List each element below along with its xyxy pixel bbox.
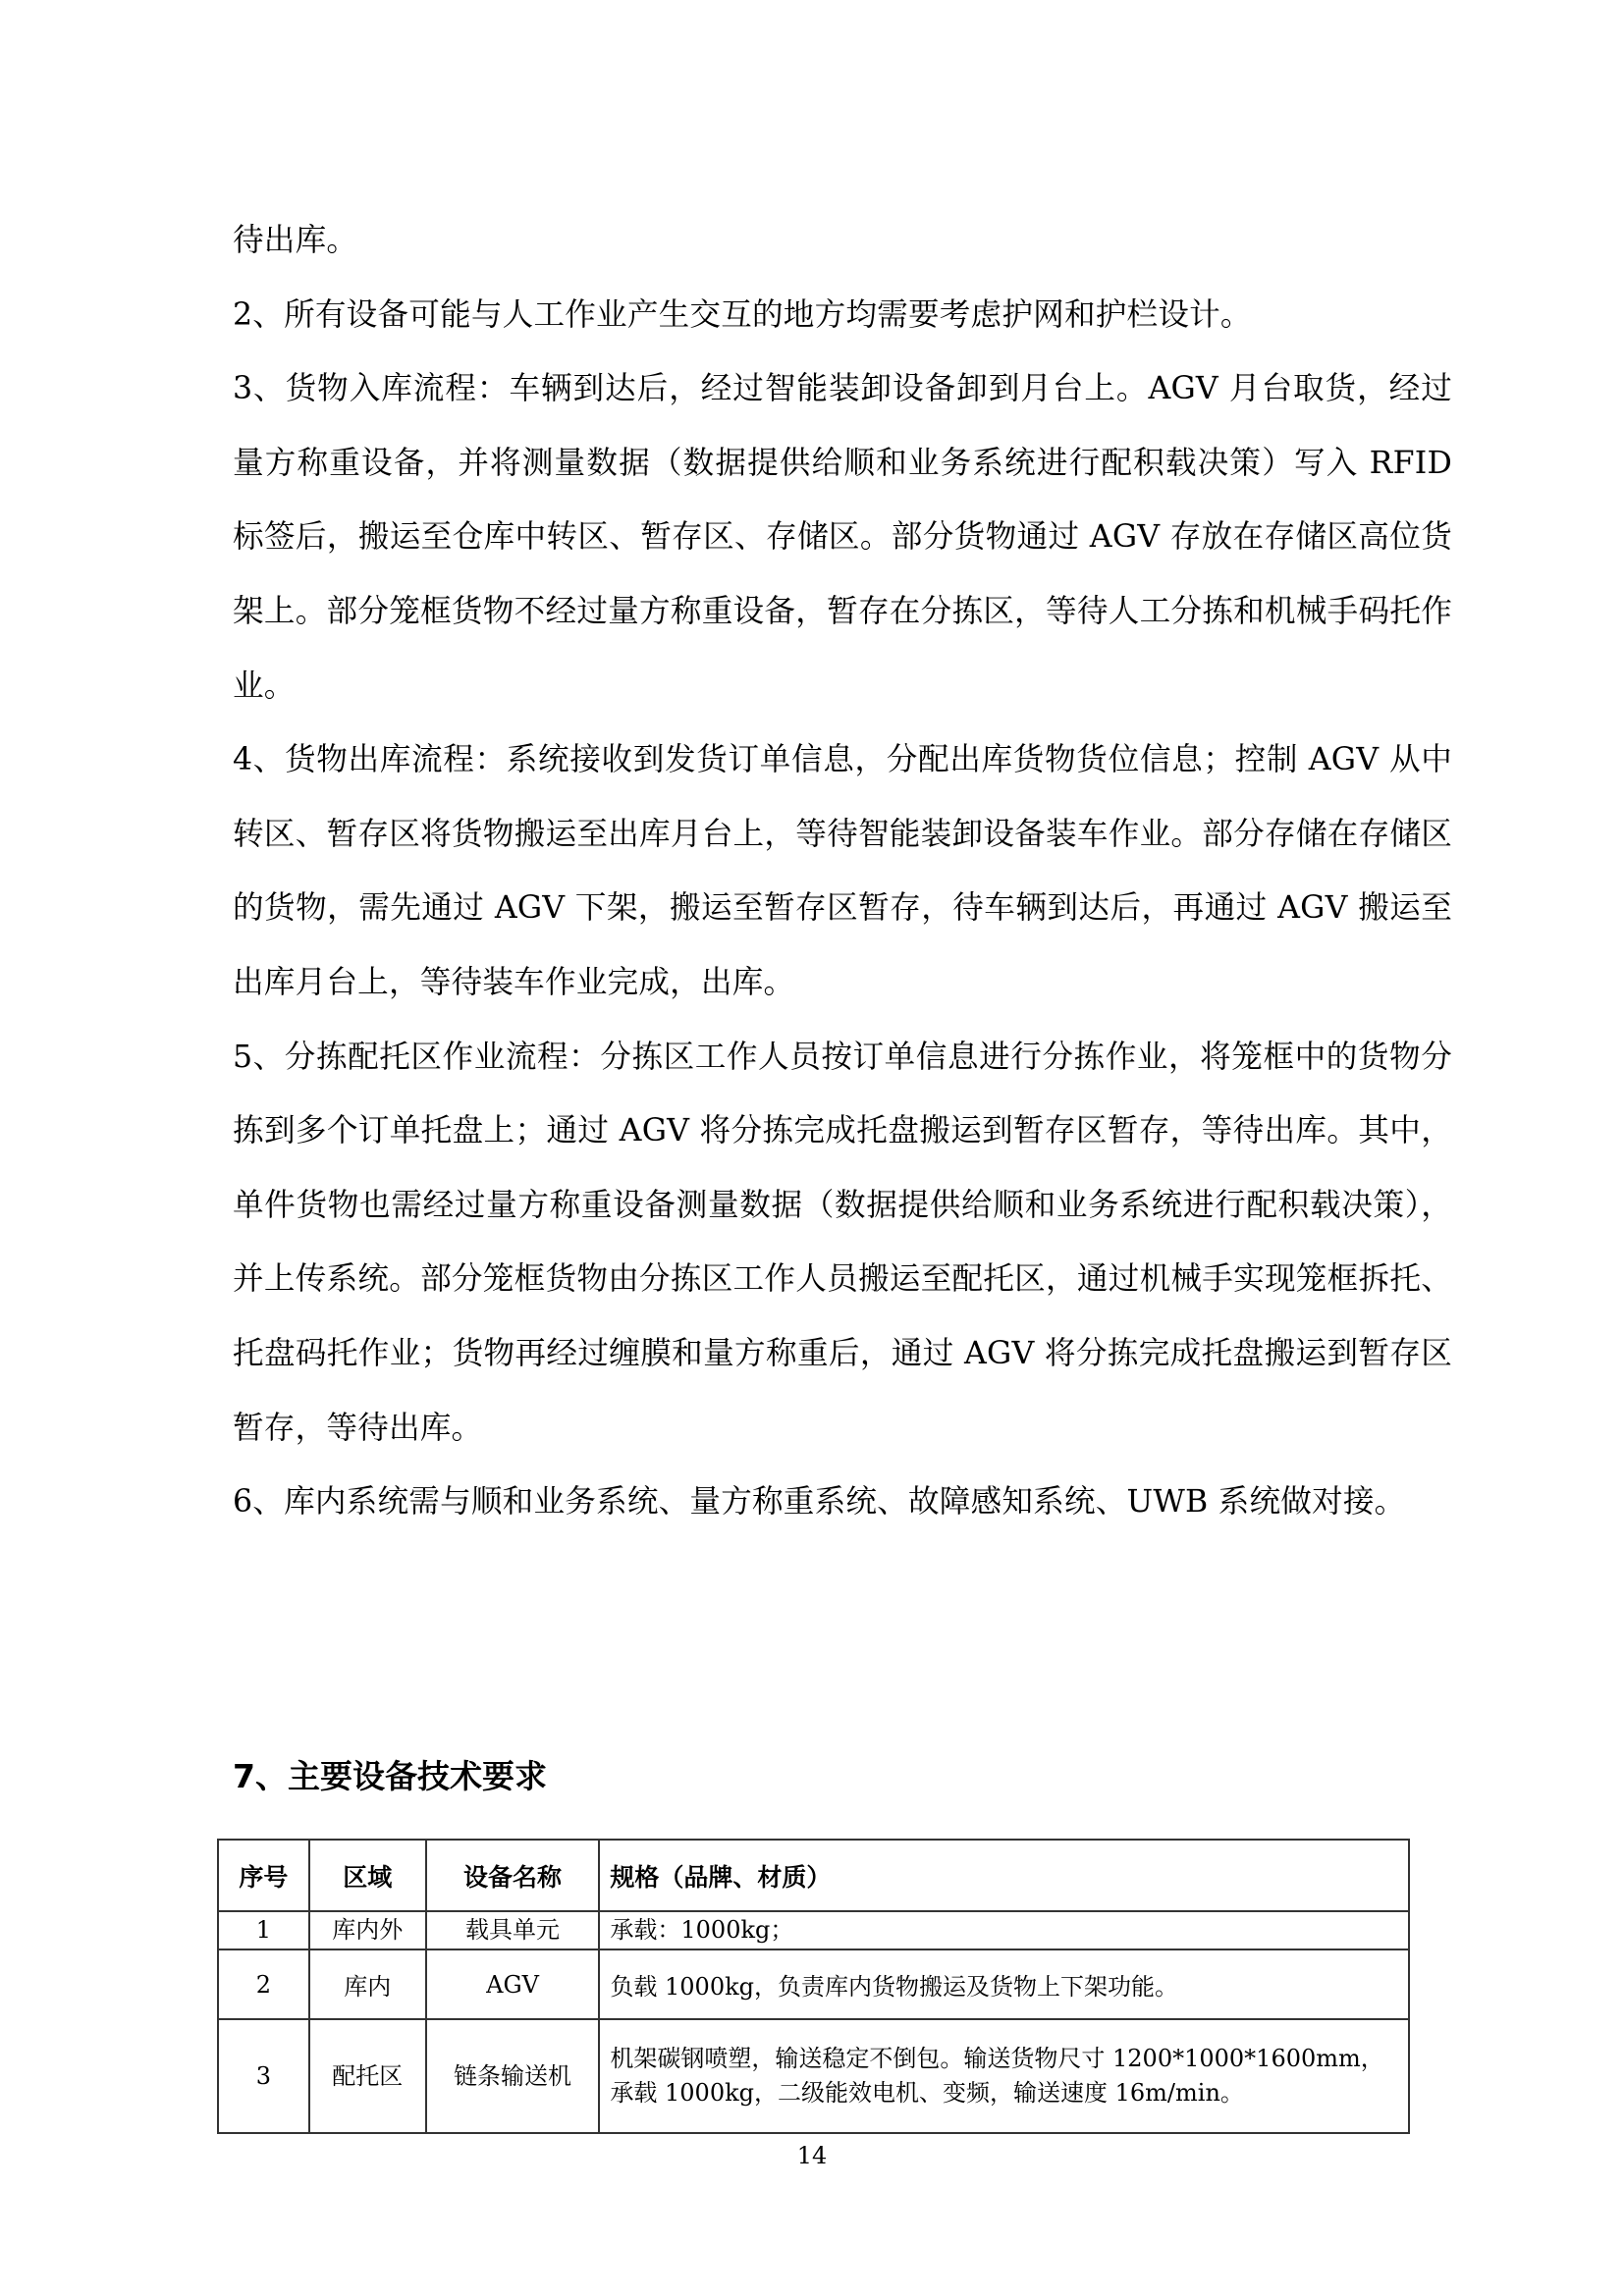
paragraph-item-5: 5、分拣配托区作业流程：分拣区工作人员按订单信息进行分拣作业，将笼框中的货物分拣… (233, 1021, 1452, 1467)
table-row: 1 库内外 载具单元 承载：1000kg； (218, 1911, 1409, 1949)
page-number: 14 (0, 2142, 1624, 2169)
cell-no: 1 (218, 1911, 309, 1949)
cell-spec: 机架碳钢喷塑，输送稳定不倒包。输送货物尺寸 1200*1000*1600mm，承… (599, 2019, 1409, 2133)
cell-area: 库内外 (309, 1911, 426, 1949)
cell-equipment-name: AGV (426, 1949, 600, 2019)
document-page: 待出库。 2、所有设备可能与人工作业产生交互的地方均需要考虑护网和护栏设计。 3… (0, 0, 1624, 2296)
cell-spec: 负载 1000kg，负责库内货物搬运及货物上下架功能。 (599, 1949, 1409, 2019)
cell-area: 配托区 (309, 2019, 426, 2133)
header-area: 区域 (309, 1840, 426, 1911)
paragraph-item-2: 2、所有设备可能与人工作业产生交互的地方均需要考虑护网和护栏设计。 (233, 279, 1452, 353)
paragraph-item-6: 6、库内系统需与顺和业务系统、量方称重系统、故障感知系统、UWB 系统做对接。 (233, 1466, 1452, 1540)
table-row: 2 库内 AGV 负载 1000kg，负责库内货物搬运及货物上下架功能。 (218, 1949, 1409, 2019)
cell-equipment-name: 链条输送机 (426, 2019, 600, 2133)
header-equipment-name: 设备名称 (426, 1840, 600, 1911)
body-text: 待出库。 2、所有设备可能与人工作业产生交互的地方均需要考虑护网和护栏设计。 3… (233, 204, 1452, 1540)
cell-spec: 承载：1000kg； (599, 1911, 1409, 1949)
paragraph-item-4: 4、货物出库流程：系统接收到发货订单信息，分配出库货物货位信息；控制 AGV 从… (233, 723, 1452, 1020)
section-heading: 7、主要设备技术要求 (233, 1754, 547, 1799)
header-spec: 规格（品牌、材质） (599, 1840, 1409, 1911)
cell-no: 3 (218, 2019, 309, 2133)
table-header-row: 序号 区域 设备名称 规格（品牌、材质） (218, 1840, 1409, 1911)
header-no: 序号 (218, 1840, 309, 1911)
equipment-spec-table: 序号 区域 设备名称 规格（品牌、材质） 1 库内外 载具单元 承载：1000k… (217, 1839, 1410, 2134)
cell-equipment-name: 载具单元 (426, 1911, 600, 1949)
paragraph-continuation: 待出库。 (233, 204, 1452, 279)
paragraph-item-3: 3、货物入库流程：车辆到达后，经过智能装卸设备卸到月台上。AGV 月台取货，经过… (233, 352, 1452, 723)
table-row: 3 配托区 链条输送机 机架碳钢喷塑，输送稳定不倒包。输送货物尺寸 1200*1… (218, 2019, 1409, 2133)
cell-area: 库内 (309, 1949, 426, 2019)
cell-no: 2 (218, 1949, 309, 2019)
